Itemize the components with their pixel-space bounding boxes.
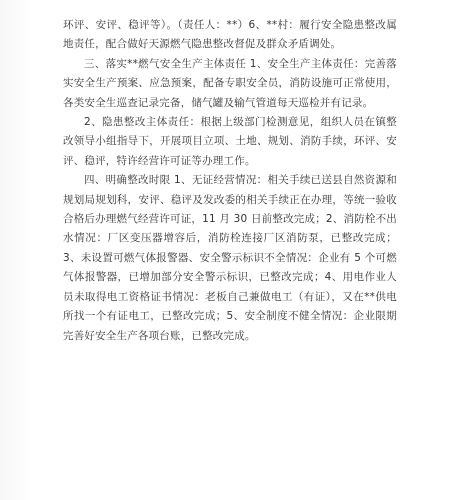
paragraph-item-two: 2、隐患整改主体责任：根据上级部门检测意见，组织人员在镇整改领导小组指导下，开展… bbox=[63, 113, 397, 171]
paragraph-continuation: 环评、安评、稳评等）。（责任人：**）6、**村：履行安全隐患整改属地责任，配合… bbox=[63, 16, 397, 55]
paragraph-section-three: 三、落实**燃气安全生产主体责任 1、安全生产主体责任：完善落实安全生产预案、应… bbox=[63, 55, 397, 113]
document-page: 环评、安评、稳评等）。（责任人：**）6、**村：履行安全隐患整改属地责任，配合… bbox=[0, 0, 456, 500]
document-text-block: 环评、安评、稳评等）。（责任人：**）6、**村：履行安全隐患整改属地责任，配合… bbox=[63, 16, 397, 346]
page-edge-shading bbox=[0, 0, 56, 500]
paragraph-section-four: 四、明确整改时限 1、无证经营情况：相关手续已送县自然资源和规划局规划科，安评、… bbox=[63, 171, 397, 346]
